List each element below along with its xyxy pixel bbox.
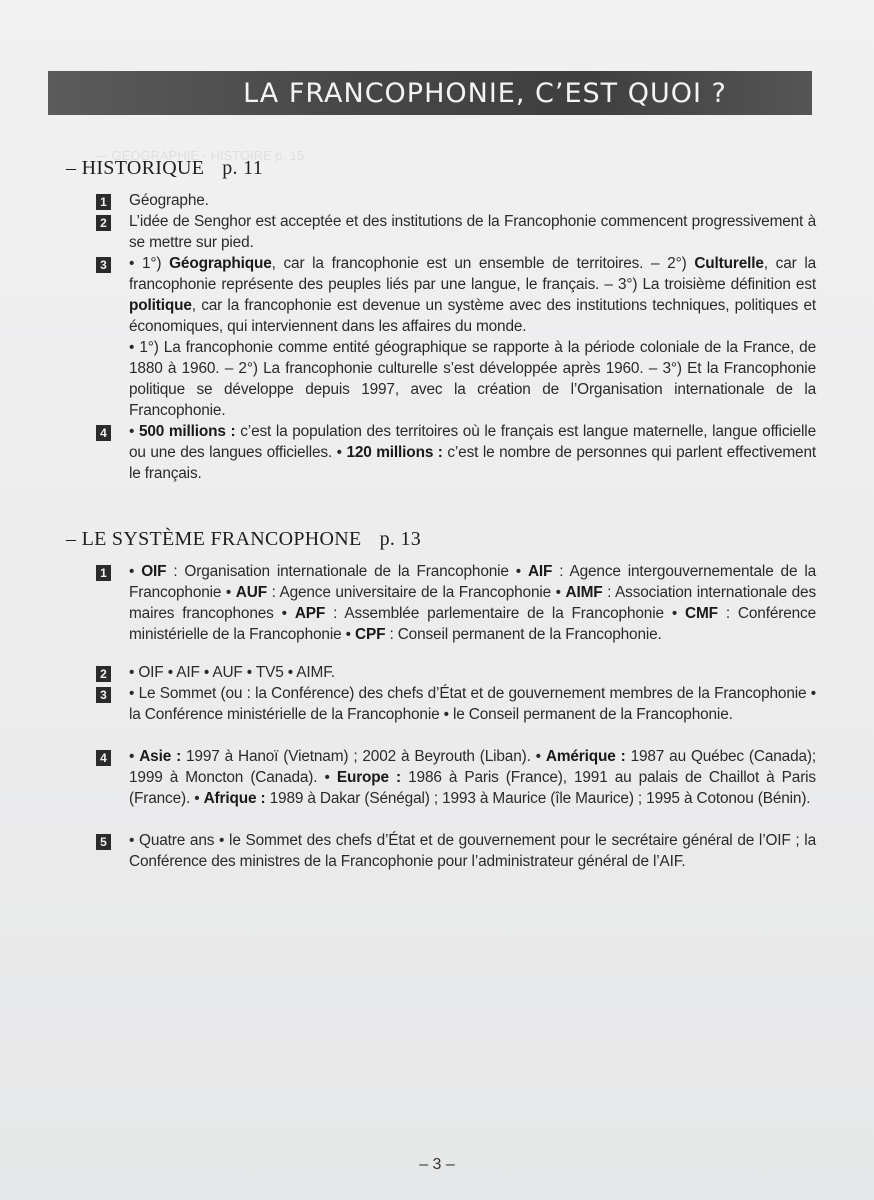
- bold-term: AIMF: [566, 584, 603, 601]
- text-run: : Conseil permanent de la Francophonie.: [385, 626, 661, 643]
- bold-term: APF: [295, 605, 325, 622]
- text-run: • OIF • AIF • AUF • TV5 • AIMF.: [129, 664, 335, 681]
- text-run: , car la francophonie est devenue un sys…: [129, 297, 816, 335]
- item-number-badge: 1: [96, 194, 111, 210]
- bold-term: 500 millions :: [139, 423, 236, 440]
- item-number-badge: 4: [96, 750, 111, 766]
- bold-term: OIF: [141, 563, 166, 580]
- text-run: • 1°): [129, 255, 169, 272]
- bold-term: Afrique :: [204, 790, 266, 807]
- section-heading-systeme-francophone: – LE SYSTÈME FRANCOPHONEp. 13: [66, 528, 421, 551]
- answer-item: 2• OIF • AIF • AUF • TV5 • AIMF.: [96, 662, 816, 683]
- bold-term: Asie :: [139, 748, 181, 765]
- text-run: , car la francophonie est un ensemble de…: [272, 255, 695, 272]
- bold-term: 120 millions :: [346, 444, 442, 461]
- item-text: • 500 millions : c’est la population des…: [129, 421, 816, 484]
- item-paragraph: • 500 millions : c’est la population des…: [129, 421, 816, 484]
- bold-term: Culturelle: [694, 255, 763, 272]
- item-text: L’idée de Senghor est acceptée et des in…: [129, 211, 816, 253]
- text-run: : Agence universitaire de la Francophoni…: [267, 584, 566, 601]
- bold-term: Géographique: [169, 255, 272, 272]
- bold-term: Europe :: [337, 769, 401, 786]
- item-text: • 1°) Géographique, car la francophonie …: [129, 253, 816, 421]
- item-paragraph: • 1°) La francophonie comme entité géogr…: [129, 337, 816, 421]
- bold-term: politique: [129, 297, 192, 314]
- text-run: : Assemblée parlementaire de la Francoph…: [325, 605, 685, 622]
- answer-item: 4• Asie : 1997 à Hanoï (Vietnam) ; 2002 …: [96, 746, 816, 809]
- answer-item: 3• 1°) Géographique, car la francophonie…: [96, 253, 816, 421]
- text-run: Géographe.: [129, 192, 209, 209]
- bold-term: Amérique :: [546, 748, 626, 765]
- bold-term: AUF: [236, 584, 267, 601]
- item-text: • Asie : 1997 à Hanoï (Vietnam) ; 2002 à…: [129, 746, 816, 809]
- text-run: • 1°) La francophonie comme entité géogr…: [129, 339, 816, 419]
- page-reference: p. 11: [222, 157, 263, 179]
- item-number-badge: 3: [96, 257, 111, 273]
- page-reference: p. 13: [380, 528, 422, 550]
- section-title: – HISTORIQUE: [66, 157, 204, 179]
- text-run: •: [129, 748, 139, 765]
- answer-item: 2L’idée de Senghor est acceptée et des i…: [96, 211, 816, 253]
- item-paragraph: • OIF • AIF • AUF • TV5 • AIMF.: [129, 662, 816, 683]
- text-run: • Quatre ans • le Sommet des chefs d’Éta…: [129, 832, 816, 870]
- title-banner: LA FRANCOPHONIE, C’EST QUOI ?: [48, 71, 812, 115]
- section-heading-historique: – HISTORIQUEp. 11: [66, 157, 263, 180]
- bold-term: CPF: [355, 626, 385, 643]
- text-run: • Le Sommet (ou : la Conférence) des che…: [129, 685, 816, 723]
- item-paragraph: • Quatre ans • le Sommet des chefs d’Éta…: [129, 830, 816, 872]
- bold-term: AIF: [528, 563, 552, 580]
- answer-item: 4• 500 millions : c’est la population de…: [96, 421, 816, 484]
- bold-term: CMF: [685, 605, 718, 622]
- item-number-badge: 4: [96, 425, 111, 441]
- text-run: 1989 à Dakar (Sénégal) ; 1993 à Maurice …: [266, 790, 811, 807]
- item-text: • Le Sommet (ou : la Conférence) des che…: [129, 683, 816, 725]
- item-number-badge: 2: [96, 666, 111, 682]
- item-text: • OIF : Organisation internationale de l…: [129, 561, 816, 645]
- item-number-badge: 5: [96, 834, 111, 850]
- text-run: •: [129, 423, 139, 440]
- answer-item: 1Géographe.: [96, 190, 816, 211]
- text-run: L’idée de Senghor est acceptée et des in…: [129, 213, 816, 251]
- item-number-badge: 2: [96, 215, 111, 231]
- text-run: : Organisation internationale de la Fran…: [166, 563, 528, 580]
- page-title: LA FRANCOPHONIE, C’EST QUOI ?: [133, 78, 727, 109]
- document-page: — GÉOGRAPHIE - HISTOIRE p. 15 LA FRANCOP…: [0, 0, 874, 1200]
- page-number: – 3 –: [0, 1156, 874, 1174]
- text-run: •: [129, 563, 141, 580]
- item-number-badge: 3: [96, 687, 111, 703]
- answer-item: 3• Le Sommet (ou : la Conférence) des ch…: [96, 683, 816, 725]
- item-paragraph: L’idée de Senghor est acceptée et des in…: [129, 211, 816, 253]
- item-text: • Quatre ans • le Sommet des chefs d’Éta…: [129, 830, 816, 872]
- item-paragraph: • 1°) Géographique, car la francophonie …: [129, 253, 816, 337]
- section-title: – LE SYSTÈME FRANCOPHONE: [66, 528, 362, 550]
- item-number-badge: 1: [96, 565, 111, 581]
- item-text: • OIF • AIF • AUF • TV5 • AIMF.: [129, 662, 816, 683]
- item-paragraph: • OIF : Organisation internationale de l…: [129, 561, 816, 645]
- answer-item: 1• OIF : Organisation internationale de …: [96, 561, 816, 645]
- item-paragraph: • Asie : 1997 à Hanoï (Vietnam) ; 2002 à…: [129, 746, 816, 809]
- text-run: 1997 à Hanoï (Vietnam) ; 2002 à Beyrouth…: [181, 748, 546, 765]
- item-text: Géographe.: [129, 190, 816, 211]
- item-paragraph: • Le Sommet (ou : la Conférence) des che…: [129, 683, 816, 725]
- answer-item: 5• Quatre ans • le Sommet des chefs d’Ét…: [96, 830, 816, 872]
- item-paragraph: Géographe.: [129, 190, 816, 211]
